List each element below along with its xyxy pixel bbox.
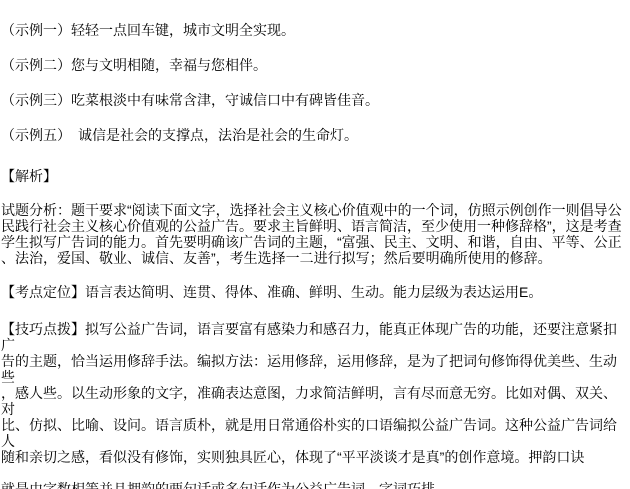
exam-point-line: 【考点定位】语言表达简明、连贯、得体、准确、鲜明、生动。能力层级为表达运用E。	[1, 284, 630, 300]
technique-tips-tail-line: 就是由字数相等并且押韵的两句话或多句话作为公益广告词。字词巧排。	[1, 481, 630, 489]
example-slogan-1: （示例一）轻轻一点回车键，城市文明全实现。	[1, 23, 630, 38]
example-slogan-5: （示例五） 诚信是社会的支撑点，法治是社会的生命灯。	[1, 128, 630, 143]
answer-analysis-document: （示例一）轻轻一点回车键，城市文明全实现。 （示例二）您与文明相随，幸福与您相伴…	[0, 0, 630, 489]
example-slogan-2: （示例二）您与文明相随，幸福与您相伴。	[1, 58, 630, 73]
example-slogan-list: （示例一）轻轻一点回车键，城市文明全实现。 （示例二）您与文明相随，幸福与您相伴…	[1, 23, 630, 143]
example-slogan-3: （示例三）吃菜根淡中有味常含津，守诚信口中有碑皆佳音。	[1, 93, 630, 108]
technique-tips-body: 【技巧点拨】拟写公益广告词，语言要富有感染力和感召力，能真正体现广告的功能，还要…	[1, 321, 630, 465]
analysis-body-text: 试题分析：题干要求“阅读下面文字，选择社会主义核心价值观中的一个词，仿照示例创作…	[1, 202, 630, 266]
analysis-section-heading: 【解析】	[1, 169, 630, 184]
